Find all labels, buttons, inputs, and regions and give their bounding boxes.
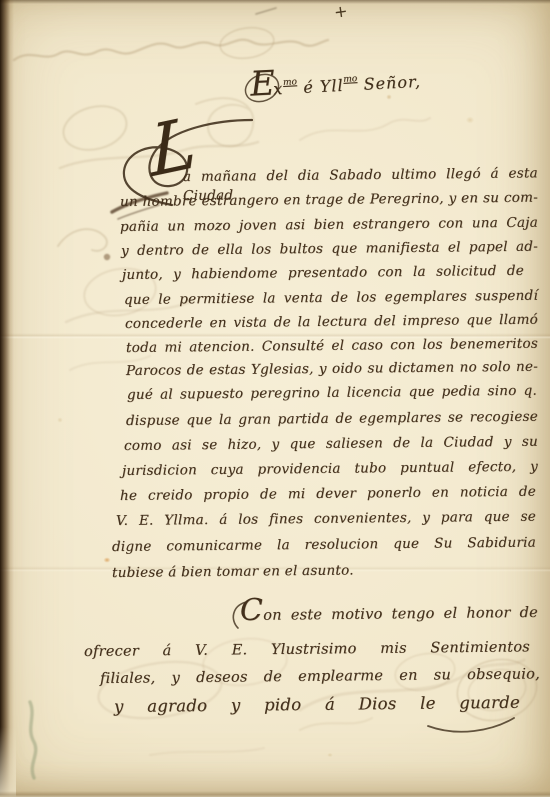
- salutation-superscript: mo: [343, 74, 357, 85]
- manuscript-scan: + Exmo é Yllmo Señor, L a mañana del dia…: [0, 0, 550, 797]
- salutation-superscript: mo: [283, 77, 297, 88]
- paper-edge-left: [0, 0, 14, 797]
- paper-edge-left-fade: [0, 727, 16, 797]
- salutation-text: é Yll: [297, 76, 344, 97]
- salutation-initial: E: [249, 64, 274, 105]
- paper-edge-bottom: [0, 791, 550, 797]
- page-cross-mark: +: [333, 1, 349, 22]
- manuscript-line: tubiese á bien tomar en el asunto.: [112, 561, 432, 583]
- manuscript-line: Con este motivo tengo el honor de: [240, 603, 538, 626]
- paper-edge-top: [0, 0, 550, 4]
- salutation-text: Señor,: [357, 72, 421, 94]
